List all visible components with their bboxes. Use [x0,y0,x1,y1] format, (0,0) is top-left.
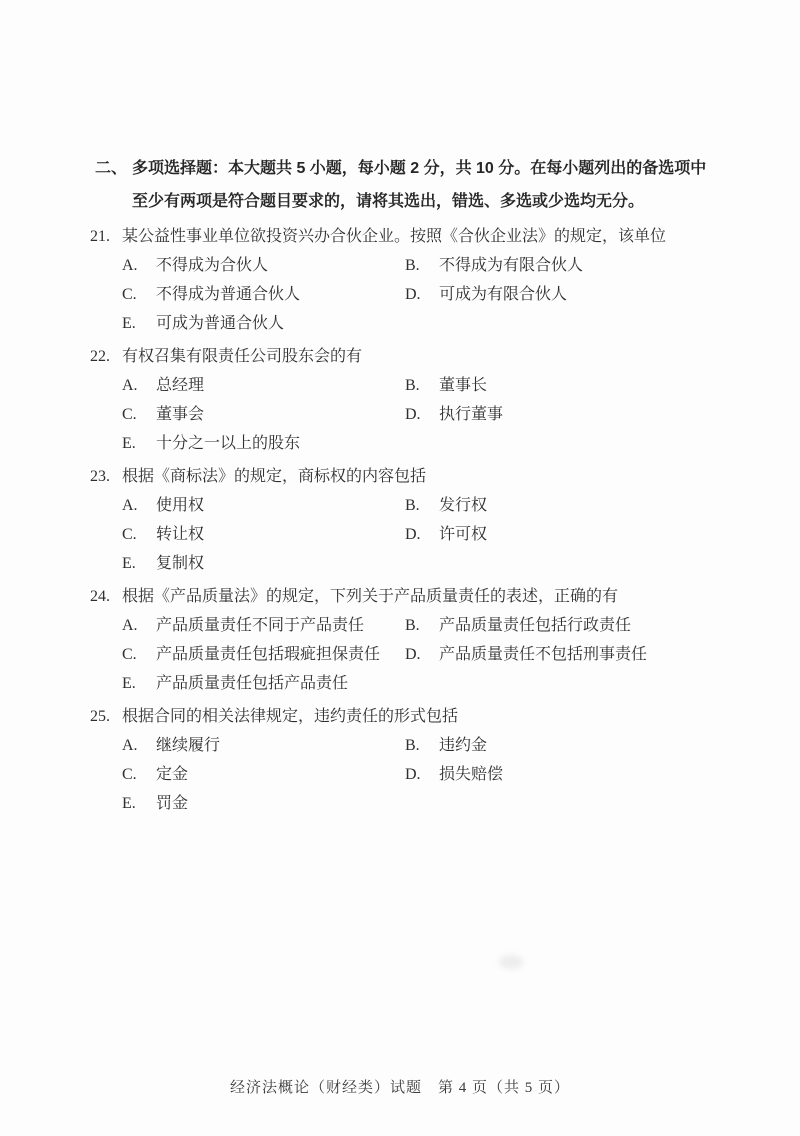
option-text: 转让权 [156,526,204,543]
option-row: E.十分之一以上的股东 [122,429,738,458]
option-label: A. [122,251,156,280]
question-number: 23. [90,462,122,491]
questions: 21.某公益性事业单位欲投资兴办合伙企业。按照《合伙企业法》的规定，该单位A.不… [90,222,738,818]
option-A: A.继续履行 [122,731,405,760]
option-label: E. [122,309,156,338]
question-stem: 24.根据《产品质量法》的规定，下列关于产品质量责任的表述，正确的有 [90,582,738,611]
option-row: E.可成为普通合伙人 [122,309,738,338]
section-header: 二、多项选择题：本大题共 5 小题，每小题 2 分，共 10 分。在每小题列出的… [95,152,738,218]
option-text: 违约金 [439,737,487,754]
option-text: 可成为普通合伙人 [156,315,284,332]
option-D: D.产品质量责任不包括刑事责任 [405,640,738,669]
option-text: 使用权 [156,497,204,514]
option-B: B.不得成为有限合伙人 [405,251,738,280]
option-label: B. [405,491,439,520]
option-label: B. [405,611,439,640]
question-stem: 23.根据《商标法》的规定，商标权的内容包括 [90,462,738,491]
option-row: E.产品质量责任包括产品责任 [122,669,738,698]
option-text: 产品质量责任不包括刑事责任 [439,646,647,663]
option-text: 罚金 [156,795,188,812]
option-label: D. [405,400,439,429]
question-25: 25.根据合同的相关法律规定，违约责任的形式包括A.继续履行B.违约金C.定金D… [90,702,738,818]
option-C: C.董事会 [122,400,405,429]
option-label: E. [122,789,156,818]
option-E: E.罚金 [122,789,405,818]
option-D: D.执行董事 [405,400,738,429]
option-A: A.使用权 [122,491,405,520]
option-label: A. [122,371,156,400]
option-E: E.复制权 [122,549,405,578]
option-label: A. [122,731,156,760]
option-B: B.董事长 [405,371,738,400]
option-row: C.产品质量责任包括瑕疵担保责任D.产品质量责任不包括刑事责任 [122,640,738,669]
section-header-text: 多项选择题：本大题共 5 小题，每小题 2 分，共 10 分。在每小题列出的备选… [132,160,706,177]
option-text: 产品质量责任不同于产品责任 [156,617,364,634]
option-text: 发行权 [439,497,487,514]
option-row: E.罚金 [122,789,738,818]
option-B: B.违约金 [405,731,738,760]
options-list: A.继续履行B.违约金C.定金D.损失赔偿E.罚金 [122,731,738,818]
option-row: A.继续履行B.违约金 [122,731,738,760]
question-22: 22.有权召集有限责任公司股东会的有A.总经理B.董事长C.董事会D.执行董事E… [90,342,738,458]
option-text: 可成为有限合伙人 [439,286,567,303]
option-row: A.使用权B.发行权 [122,491,738,520]
option-text: 产品质量责任包括产品责任 [156,675,348,692]
option-label: B. [405,371,439,400]
option-row: C.不得成为普通合伙人D.可成为有限合伙人 [122,280,738,309]
option-row: E.复制权 [122,549,738,578]
option-E: E.产品质量责任包括产品责任 [122,669,405,698]
option-label: B. [405,731,439,760]
option-A: A.总经理 [122,371,405,400]
option-row: A.总经理B.董事长 [122,371,738,400]
option-text: 继续履行 [156,737,220,754]
options-list: A.产品质量责任不同于产品责任B.产品质量责任包括行政责任C.产品质量责任包括瑕… [122,611,738,698]
option-text: 产品质量责任包括瑕疵担保责任 [156,646,380,663]
option-text: 董事长 [439,377,487,394]
option-E: E.可成为普通合伙人 [122,309,405,338]
option-A: A.产品质量责任不同于产品责任 [122,611,405,640]
option-C: C.不得成为普通合伙人 [122,280,405,309]
option-B: B.发行权 [405,491,738,520]
option-row: A.不得成为合伙人B.不得成为有限合伙人 [122,251,738,280]
option-text: 执行董事 [439,406,503,423]
option-label: A. [122,611,156,640]
option-label: E. [122,429,156,458]
option-D: D.许可权 [405,520,738,549]
option-text: 复制权 [156,555,204,572]
option-label: C. [122,640,156,669]
options-list: A.总经理B.董事长C.董事会D.执行董事E.十分之一以上的股东 [122,371,738,458]
option-text: 总经理 [156,377,204,394]
question-stem-text: 某公益性事业单位欲投资兴办合伙企业。按照《合伙企业法》的规定，该单位 [122,228,666,245]
option-row: A.产品质量责任不同于产品责任B.产品质量责任包括行政责任 [122,611,738,640]
question-stem-text: 根据《商标法》的规定，商标权的内容包括 [122,468,426,485]
option-B: B.产品质量责任包括行政责任 [405,611,738,640]
section-number: 二、 [95,152,132,185]
option-text: 损失赔偿 [439,766,503,783]
option-label: C. [122,400,156,429]
option-text: 董事会 [156,406,204,423]
option-label: D. [405,520,439,549]
question-stem: 25.根据合同的相关法律规定，违约责任的形式包括 [90,702,738,731]
question-number: 22. [90,342,122,371]
option-label: E. [122,549,156,578]
option-text: 许可权 [439,526,487,543]
question-number: 21. [90,222,122,251]
scan-smudge [499,955,523,969]
option-C: C.转让权 [122,520,405,549]
question-stem-text: 根据《产品质量法》的规定，下列关于产品质量责任的表述，正确的有 [122,588,618,605]
option-E: E.十分之一以上的股东 [122,429,405,458]
question-24: 24.根据《产品质量法》的规定，下列关于产品质量责任的表述，正确的有A.产品质量… [90,582,738,698]
option-text: 定金 [156,766,188,783]
option-label: E. [122,669,156,698]
section-header-line1: 二、多项选择题：本大题共 5 小题，每小题 2 分，共 10 分。在每小题列出的… [95,152,738,185]
page-footer: 经济法概论（财经类）试题 第 4 页（共 5 页） [0,1076,800,1097]
section-header-line2: 至少有两项是符合题目要求的，请将其选出，错选、多选或少选均无分。 [95,185,738,218]
options-list: A.使用权B.发行权C.转让权D.许可权E.复制权 [122,491,738,578]
option-label: C. [122,520,156,549]
option-D: D.损失赔偿 [405,760,738,789]
option-row: C.定金D.损失赔偿 [122,760,738,789]
option-C: C.定金 [122,760,405,789]
option-label: D. [405,760,439,789]
option-label: C. [122,760,156,789]
question-21: 21.某公益性事业单位欲投资兴办合伙企业。按照《合伙企业法》的规定，该单位A.不… [90,222,738,338]
page-content: 二、多项选择题：本大题共 5 小题，每小题 2 分，共 10 分。在每小题列出的… [90,152,738,818]
question-number: 24. [90,582,122,611]
question-23: 23.根据《商标法》的规定，商标权的内容包括A.使用权B.发行权C.转让权D.许… [90,462,738,578]
option-C: C.产品质量责任包括瑕疵担保责任 [122,640,405,669]
exam-paper-page: 二、多项选择题：本大题共 5 小题，每小题 2 分，共 10 分。在每小题列出的… [0,0,800,1136]
option-text: 不得成为普通合伙人 [156,286,300,303]
question-stem-text: 根据合同的相关法律规定，违约责任的形式包括 [122,708,458,725]
option-label: C. [122,280,156,309]
question-stem: 21.某公益性事业单位欲投资兴办合伙企业。按照《合伙企业法》的规定，该单位 [90,222,738,251]
option-text: 不得成为有限合伙人 [439,257,583,274]
option-row: C.转让权D.许可权 [122,520,738,549]
option-row: C.董事会D.执行董事 [122,400,738,429]
question-number: 25. [90,702,122,731]
option-text: 产品质量责任包括行政责任 [439,617,631,634]
option-label: A. [122,491,156,520]
question-stem: 22.有权召集有限责任公司股东会的有 [90,342,738,371]
option-D: D.可成为有限合伙人 [405,280,738,309]
option-text: 十分之一以上的股东 [156,435,300,452]
option-A: A.不得成为合伙人 [122,251,405,280]
option-text: 不得成为合伙人 [156,257,268,274]
question-stem-text: 有权召集有限责任公司股东会的有 [122,348,362,365]
options-list: A.不得成为合伙人B.不得成为有限合伙人C.不得成为普通合伙人D.可成为有限合伙… [122,251,738,338]
option-label: D. [405,640,439,669]
option-label: B. [405,251,439,280]
option-label: D. [405,280,439,309]
